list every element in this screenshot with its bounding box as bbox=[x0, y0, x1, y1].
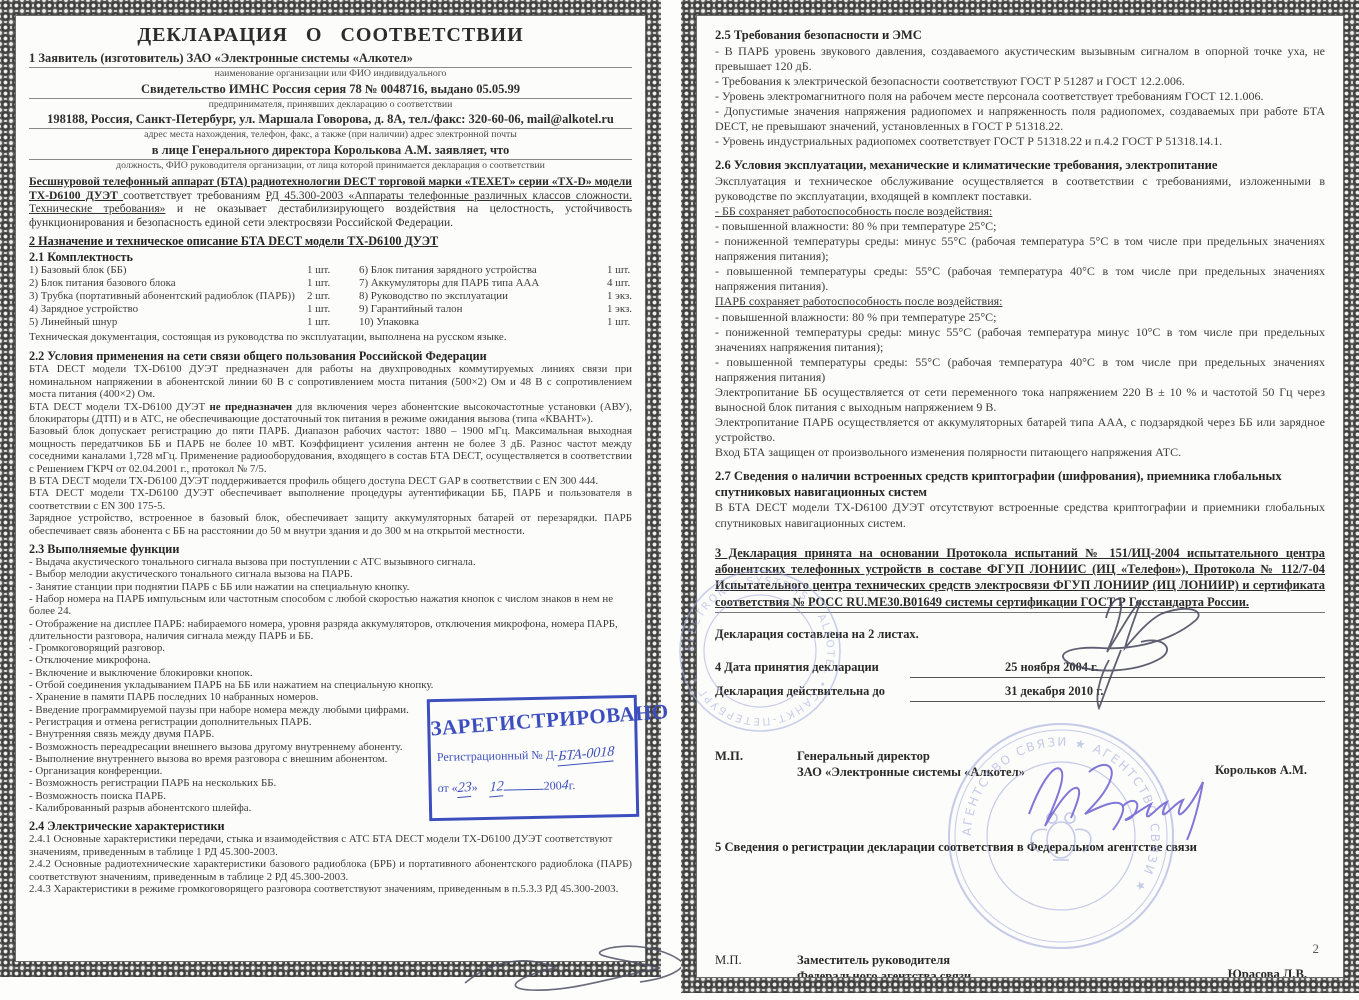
paragraph: 2.4.1 Основные характеристики передачи, … bbox=[29, 833, 632, 858]
paragraph: Электропитание ББ осуществляется от сети… bbox=[715, 385, 1325, 415]
condition-bullet: - повышенной влажности: 80 % при темпера… bbox=[715, 219, 1325, 234]
function-bullet: - Отображение на дисплее ПАРБ: набираемо… bbox=[29, 618, 632, 643]
paragraph: БТА DECT модели TX-D6100 ДУЭТ обеспечива… bbox=[29, 487, 632, 512]
deputy-signature bbox=[1011, 742, 1221, 852]
paragraph: БТА DECT модели TX-D6100 ДУЭТ не предназ… bbox=[29, 401, 632, 426]
bb-conditions-subheading: - ББ сохраняет работоспособность после в… bbox=[715, 204, 1325, 219]
function-bullet: - Выдача акустического тонального сигнал… bbox=[29, 556, 632, 568]
function-bullet: - Отключение микрофона. bbox=[29, 654, 632, 666]
stamp-handwritten-month: 12 bbox=[489, 779, 504, 797]
registration-stamp: ЗАРЕГИСТРИРОВАНО Регистрационный № Д-БТА… bbox=[427, 695, 640, 821]
condition-bullet: - повышенной температуры среды: 55°С (ра… bbox=[715, 264, 1325, 294]
paragraph: 2.4.3 Характеристики в режиме громкогово… bbox=[29, 883, 632, 895]
kit-row: 4) Зарядное устройство1 шт. 9) Гарантийн… bbox=[29, 303, 632, 316]
left-page-inner: ДЕКЛАРАЦИЯ О СООТВЕТСТВИИ 1 Заявитель (и… bbox=[15, 15, 646, 962]
form-caption: адрес места нахождения, телефон, факс, а… bbox=[29, 129, 632, 141]
paragraph: БТА DECT модели TX-D6100 ДУЭТ предназнач… bbox=[29, 363, 632, 400]
documentation-note: Техническая документация, состоящая из р… bbox=[29, 331, 632, 344]
stamp-handwritten-day: 23 bbox=[457, 780, 472, 798]
function-bullet: - Отбой соединения укладыванием ПАРБ на … bbox=[29, 679, 632, 691]
paragraph: 2.4.2 Основные радиотехнические характер… bbox=[29, 858, 632, 883]
paragraph: Базовый блок допускает регистрацию до пя… bbox=[29, 425, 632, 475]
left-page: ДЕКЛАРАЦИЯ О СООТВЕТСТВИИ 1 Заявитель (и… bbox=[0, 0, 661, 977]
form-line-director: в лице Генерального директора Королькова… bbox=[29, 143, 632, 160]
stray-signature-mark bbox=[460, 938, 690, 1000]
safety-bullet: - Уровень электромагнитного поля на рабо… bbox=[715, 89, 1325, 104]
paragraph: В БТА DECT модели TX-D6100 ДУЭТ поддержи… bbox=[29, 475, 632, 487]
deputy-name: Юрасова Л.В. bbox=[1097, 952, 1325, 978]
parb-conditions-subheading: ПАРБ сохраняет работоспособность после в… bbox=[715, 294, 1325, 309]
deputy-titles: Заместитель руководителя Федерального аг… bbox=[797, 952, 1097, 978]
safety-bullet: - В ПАРБ уровень звукового давления, соз… bbox=[715, 44, 1325, 74]
svg-text:ELECTRONIC SYSTEMS • ALKOTEL •: ELECTRONIC SYSTEMS • ALKOTEL • САНКТ-ПЕТ… bbox=[684, 575, 836, 727]
kit-row: 5) Линейный шнур1 шт. 10) Упаковка1 шт. bbox=[29, 316, 632, 329]
section-2-heading: 2 Назначение и техническое описание БТА … bbox=[29, 234, 632, 248]
function-bullet: - Включение и выключение блокировки кноп… bbox=[29, 667, 632, 679]
safety-bullet: - Уровень индустриальных радиопомех соот… bbox=[715, 134, 1325, 149]
condition-bullet: - повышенной температуры среды: 55°С (ра… bbox=[715, 355, 1325, 385]
paragraph: Электропитание ПАРБ осуществляется от ак… bbox=[715, 415, 1325, 445]
condition-bullet: - пониженной температуры среды: минус 55… bbox=[715, 234, 1325, 264]
kit-row: 3) Трубка (портативный абонентский радио… bbox=[29, 290, 632, 303]
page-number: 2 bbox=[1313, 941, 1320, 957]
section-2-4-heading: 2.4 Электрические характеристики bbox=[29, 819, 632, 833]
section-2-2-heading: 2.2 Условия применения на сети связи общ… bbox=[29, 349, 632, 363]
scanned-declaration-document: ДЕКЛАРАЦИЯ О СООТВЕТСТВИИ 1 Заявитель (и… bbox=[0, 0, 1359, 1000]
stamp-handwritten-number: БТА-0018 bbox=[558, 744, 615, 766]
condition-bullet: - повышенной влажности: 80 % при темпера… bbox=[715, 310, 1325, 325]
stamp-date-row: от «23»122004г. bbox=[437, 777, 629, 798]
condition-bullet: - пониженной температуры среды: минус 55… bbox=[715, 325, 1325, 355]
kit-table: 1) Базовый блок (ББ)1 шт. 6) Блок питани… bbox=[29, 264, 632, 328]
form-caption: предпринимателя, принявших декларацию о … bbox=[29, 99, 632, 111]
safety-bullet: - Допустимые значения напряжения радиопо… bbox=[715, 104, 1325, 134]
function-bullet: - Набор номера на ПАРБ импульсным или ча… bbox=[29, 593, 632, 618]
director-signature bbox=[1011, 590, 1211, 715]
kit-row: 1) Базовый блок (ББ)1 шт. 6) Блок питани… bbox=[29, 264, 632, 277]
stamp-reg-number-row: Регистрационный № Д-БТА-0018 bbox=[437, 746, 629, 767]
function-bullet: - Выбор мелодии акустического тонального… bbox=[29, 568, 632, 580]
deputy-sign-row: М.П. Заместитель руководителя Федерально… bbox=[715, 952, 1325, 978]
section-2-6-heading: 2.6 Условия эксплуатации, механические и… bbox=[715, 158, 1325, 174]
paragraph: В БТА DECT модели TX-D6100 ДУЭТ отсутств… bbox=[715, 500, 1325, 530]
form-line-address: 198188, Россия, Санкт-Петербург, ул. Мар… bbox=[29, 112, 632, 129]
stamp-handwritten-year-digit: 4 bbox=[561, 778, 569, 795]
stamp-place-mark: М.П. bbox=[715, 952, 797, 978]
form-line-applicant: 1 Заявитель (изготовитель) ЗАО «Электрон… bbox=[29, 51, 632, 68]
not-intended-emphasis: не предназначен bbox=[209, 401, 292, 413]
section-2-3-heading: 2.3 Выполняемые функции bbox=[29, 542, 632, 556]
declaration-paragraph: Бесшнуровой телефонный аппарат (БТА) рад… bbox=[29, 175, 632, 229]
form-caption: должность, ФИО руководителя организации,… bbox=[29, 160, 632, 172]
safety-bullet: - Требования к электрической безопасност… bbox=[715, 74, 1325, 89]
right-page: 2.5 Требования безопасности и ЭМС - В ПА… bbox=[681, 0, 1359, 993]
form-caption: наименование организации или ФИО индивид… bbox=[29, 68, 632, 80]
stamp-registered-text: ЗАРЕГИСТРИРОВАНО bbox=[430, 702, 635, 742]
section-2-7-heading: 2.7 Сведения о наличии встроенных средст… bbox=[715, 469, 1325, 500]
form-line-certificate: Свидетельство ИМНС Россия серия 78 № 004… bbox=[29, 82, 632, 99]
function-bullet: - Громкоговорящий разговор. bbox=[29, 642, 632, 654]
page-title: ДЕКЛАРАЦИЯ О СООТВЕТСТВИИ bbox=[29, 24, 632, 47]
function-bullet: - Занятие станции при поднятии ПАРБ с ББ… bbox=[29, 581, 632, 593]
paragraph: Вход БТА защищен от произвольного измене… bbox=[715, 445, 1325, 460]
paragraph: Зарядное устройство, встроенное в базовы… bbox=[29, 512, 632, 537]
section-2-1-heading: 2.1 Комплектность bbox=[29, 250, 632, 264]
section-2-5-heading: 2.5 Требования безопасности и ЭМС bbox=[715, 28, 1325, 44]
company-seal: ELECTRONIC SYSTEMS • ALKOTEL • САНКТ-ПЕТ… bbox=[675, 566, 845, 736]
kit-row: 2) Блок питания базового блока1 шт. 7) А… bbox=[29, 277, 632, 290]
stamp-place-mark: М.П. bbox=[715, 748, 797, 780]
paragraph: Эксплуатация и техническое обслуживание … bbox=[715, 174, 1325, 204]
